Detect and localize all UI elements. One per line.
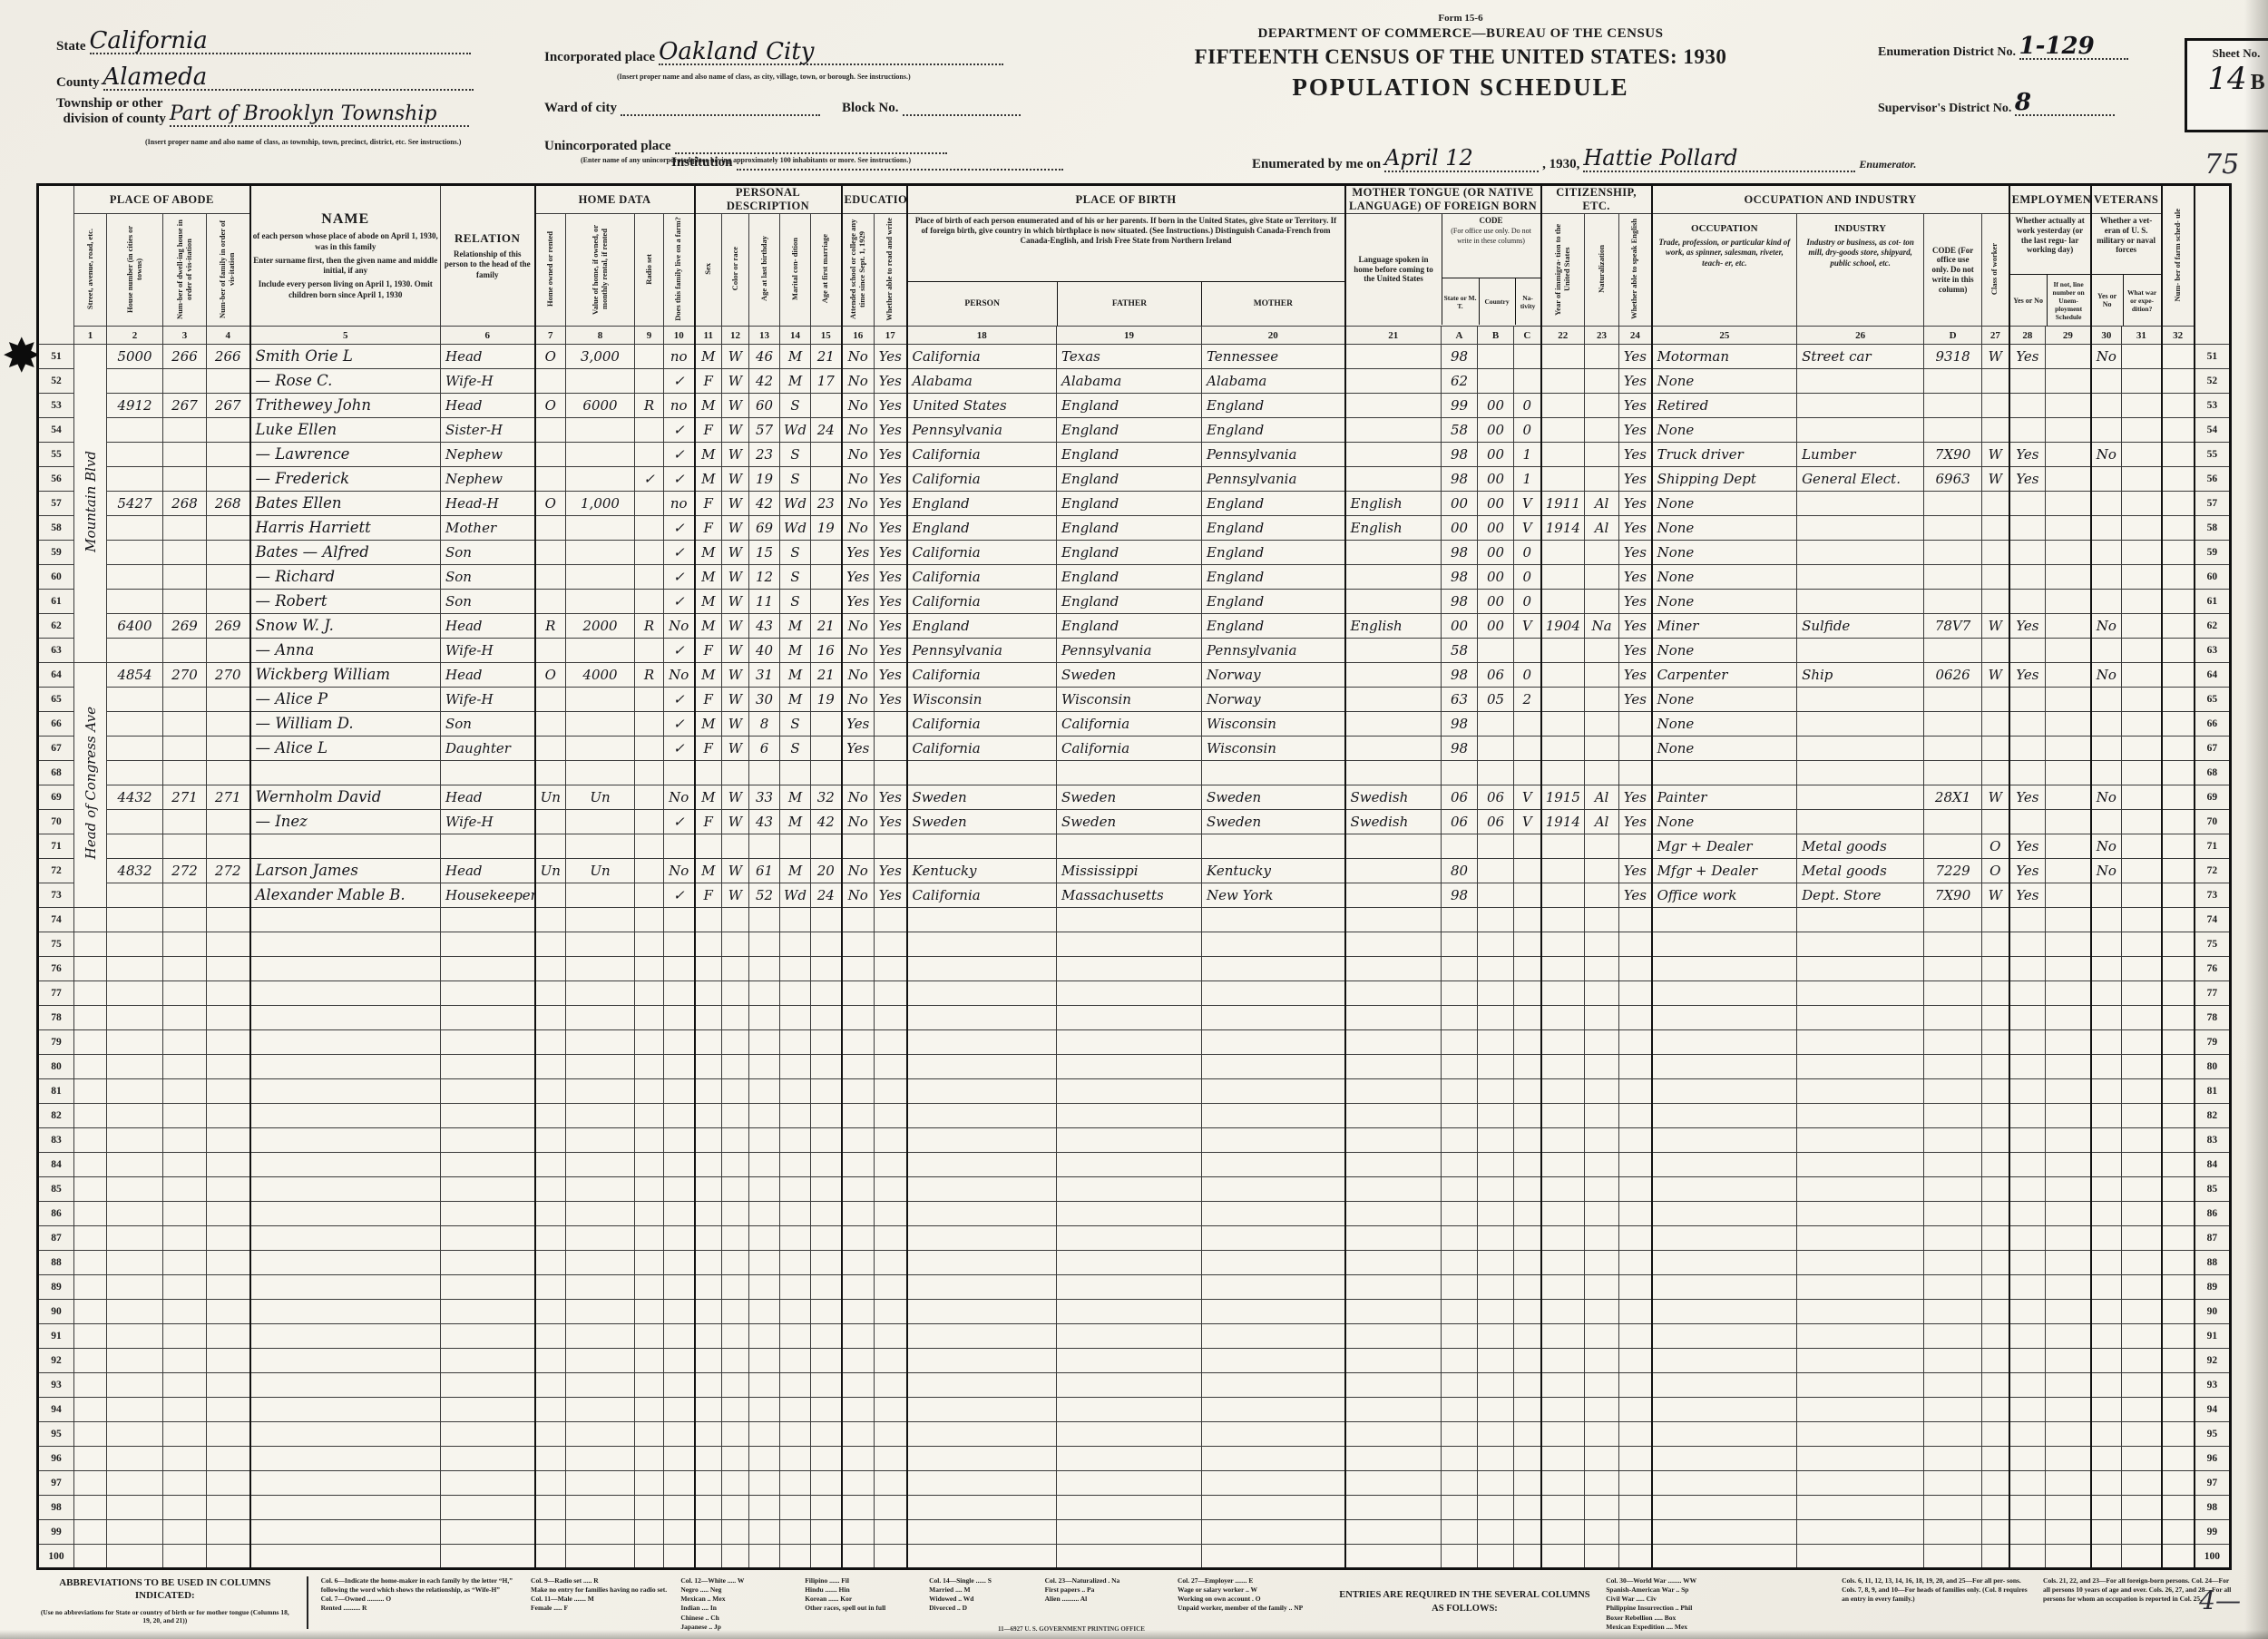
column-age-header: Age at last birthday	[749, 214, 780, 327]
cell-own	[535, 1251, 566, 1275]
cell-ca	[1442, 1275, 1478, 1300]
incorporated-value: Oakland City	[659, 38, 814, 65]
cell-relation: Wife-H	[441, 369, 535, 394]
cell-nat	[1585, 908, 1619, 932]
cell-school: Yes	[842, 565, 875, 590]
cell-relation	[441, 1030, 535, 1055]
line-number-right: 56	[2195, 467, 2231, 492]
cell-family: 270	[207, 663, 250, 688]
cell-house	[107, 1251, 163, 1275]
cell-family	[207, 1300, 250, 1324]
cell-pobm: England	[1202, 516, 1345, 541]
cell-read	[875, 761, 907, 785]
cell-radio	[635, 1226, 664, 1251]
cell-marital: M	[780, 810, 811, 834]
cell-sex	[695, 1251, 722, 1275]
cell-immig	[1541, 1373, 1585, 1398]
cell-family	[207, 565, 250, 590]
cell-name: Larson James	[250, 859, 441, 883]
cell-age	[749, 1447, 780, 1471]
cell-ca	[1442, 1300, 1478, 1324]
cell-vet	[2091, 418, 2122, 443]
cell-read	[875, 1104, 907, 1128]
enumeration-date-value: April 12	[1384, 145, 1473, 171]
cell-read	[875, 1275, 907, 1300]
cell-cb	[1478, 1422, 1514, 1447]
cell-occ: None	[1652, 369, 1797, 394]
cell-pob: Wisconsin	[907, 688, 1057, 712]
corner-scrawl: 4—	[2199, 1585, 2241, 1615]
cell-pob	[907, 1030, 1057, 1055]
cell-family	[207, 541, 250, 565]
cell-unemp	[2046, 565, 2091, 590]
cell-name: — Anna	[250, 639, 441, 663]
cell-farm: ✓	[664, 516, 695, 541]
cell-dwelling: 268	[163, 492, 207, 516]
table-row: 8787	[38, 1226, 2231, 1251]
cell-value	[566, 1300, 635, 1324]
cell-farmno	[2162, 1079, 2195, 1104]
cell-relation	[441, 1545, 535, 1569]
cell-marital: M	[780, 369, 811, 394]
cell-ca	[1442, 1398, 1478, 1422]
cell-family: 267	[207, 394, 250, 418]
cell-age	[749, 932, 780, 957]
cell-farmno	[2162, 492, 2195, 516]
cell-cb	[1478, 1398, 1514, 1422]
cell-dwelling	[163, 932, 207, 957]
cell-school	[842, 1202, 875, 1226]
column-number: 30	[2091, 327, 2122, 345]
cell-radio	[635, 639, 664, 663]
cell-sex: M	[695, 345, 722, 369]
table-row: 9494	[38, 1398, 2231, 1422]
line-number-right: 69	[2195, 785, 2231, 810]
cell-agem	[811, 1104, 842, 1128]
cell-pobf: England	[1057, 394, 1202, 418]
cell-immig	[1541, 1128, 1585, 1153]
cell-value	[566, 1447, 635, 1471]
line-number-left: 57	[38, 492, 74, 516]
cell-dwelling	[163, 834, 207, 859]
cell-pobm: Alabama	[1202, 369, 1345, 394]
line-number-right: 75	[2195, 932, 2231, 957]
street-name-cell	[74, 1520, 107, 1545]
cell-unemp	[2046, 1447, 2091, 1471]
cell-lang	[1345, 443, 1442, 467]
cell-cb	[1478, 1349, 1514, 1373]
cell-occ	[1652, 1398, 1797, 1422]
cell-occ	[1652, 1422, 1797, 1447]
cell-name	[250, 1153, 441, 1177]
cell-relation: Head-H	[441, 492, 535, 516]
cell-own	[535, 908, 566, 932]
cell-farm	[664, 1153, 695, 1177]
cell-cb	[1478, 908, 1514, 932]
cell-own	[535, 1177, 566, 1202]
county-label: County	[56, 75, 100, 90]
cell-ca: 98	[1442, 737, 1478, 761]
cell-immig	[1541, 932, 1585, 957]
line-number-right: 74	[2195, 908, 2231, 932]
cell-agem: 32	[811, 785, 842, 810]
cell-lang	[1345, 688, 1442, 712]
cell-immig	[1541, 1079, 1585, 1104]
cell-class	[1982, 492, 2009, 516]
cell-nat	[1585, 467, 1619, 492]
line-number-right: 65	[2195, 688, 2231, 712]
cell-code	[1924, 565, 1982, 590]
group-personal-description: PERSONAL DESCRIPTION	[695, 185, 842, 214]
cell-work	[2009, 1545, 2046, 1569]
cell-farmno	[2162, 394, 2195, 418]
cell-class	[1982, 1030, 2009, 1055]
cell-occ: Carpenter	[1652, 663, 1797, 688]
cell-eng: Yes	[1619, 443, 1652, 467]
column-language-header: Language spoken in home before coming to…	[1346, 214, 1442, 325]
cell-cb	[1478, 883, 1514, 908]
table-row: 8383	[38, 1128, 2231, 1153]
cell-occ: None	[1652, 639, 1797, 663]
column-house-number-header: House number (in cities or towns)	[107, 214, 163, 327]
cell-unemp	[2046, 957, 2091, 981]
cell-farmno	[2162, 1447, 2195, 1471]
cell-cc: V	[1514, 492, 1541, 516]
group-citizenship: CITIZENSHIP, ETC.	[1541, 185, 1652, 214]
cell-farm: ✓	[664, 883, 695, 908]
cell-war	[2122, 1079, 2162, 1104]
cell-war	[2122, 1496, 2162, 1520]
column-number: 17	[875, 327, 907, 345]
cell-unemp	[2046, 1545, 2091, 1569]
column-unemployment-line-header: If not, line number on Unem- ployment Sc…	[2047, 275, 2090, 326]
cell-sex	[695, 1128, 722, 1153]
cell-cb: 00	[1478, 590, 1514, 614]
cell-agem: 24	[811, 418, 842, 443]
cell-age	[749, 1104, 780, 1128]
cell-school: No	[842, 639, 875, 663]
street-name-cell	[74, 1153, 107, 1177]
cell-eng: Yes	[1619, 541, 1652, 565]
cell-relation: Daughter	[441, 737, 535, 761]
cell-code	[1924, 590, 1982, 614]
cell-pobm: Pennsylvania	[1202, 467, 1345, 492]
cell-age: 12	[749, 565, 780, 590]
cell-farmno	[2162, 1006, 2195, 1030]
cell-sex: F	[695, 369, 722, 394]
cell-lang	[1345, 761, 1442, 785]
cell-read	[875, 1398, 907, 1422]
cell-eng: Yes	[1619, 810, 1652, 834]
cell-vet	[2091, 1520, 2122, 1545]
cell-unemp	[2046, 1422, 2091, 1447]
line-number-left: 53	[38, 394, 74, 418]
cell-farm: ✓	[664, 418, 695, 443]
cell-work	[2009, 1496, 2046, 1520]
cell-code	[1924, 394, 1982, 418]
cell-own	[535, 1545, 566, 1569]
cell-school: Yes	[842, 590, 875, 614]
cell-own	[535, 1349, 566, 1373]
cell-sex: F	[695, 737, 722, 761]
cell-name	[250, 1520, 441, 1545]
cell-immig	[1541, 1202, 1585, 1226]
cell-relation	[441, 1447, 535, 1471]
cell-vet	[2091, 1202, 2122, 1226]
cell-eng: Yes	[1619, 639, 1652, 663]
cell-ca	[1442, 1153, 1478, 1177]
cell-relation	[441, 1055, 535, 1079]
cell-ind	[1797, 1177, 1924, 1202]
cell-immig	[1541, 737, 1585, 761]
cell-value: 3,000	[566, 345, 635, 369]
cell-eng	[1619, 1520, 1652, 1545]
cell-lang	[1345, 1251, 1442, 1275]
cell-school	[842, 1447, 875, 1471]
cell-code: 6963	[1924, 467, 1982, 492]
cell-dwelling	[163, 1275, 207, 1300]
cell-own	[535, 467, 566, 492]
table-row: 8080	[38, 1055, 2231, 1079]
form-titles: Form 15-6 DEPARTMENT OF COMMERCE—BUREAU …	[1098, 13, 1823, 102]
cell-eng	[1619, 834, 1652, 859]
cell-agem: 19	[811, 688, 842, 712]
cell-farm	[664, 1275, 695, 1300]
cell-lang: English	[1345, 614, 1442, 639]
cell-pobf	[1057, 1202, 1202, 1226]
cell-age	[749, 1422, 780, 1447]
cell-sex: F	[695, 418, 722, 443]
cell-farmno	[2162, 369, 2195, 394]
cell-radio	[635, 1422, 664, 1447]
cell-radio	[635, 369, 664, 394]
cell-own	[535, 1471, 566, 1496]
cell-nat	[1585, 761, 1619, 785]
cell-value	[566, 516, 635, 541]
cell-radio	[635, 737, 664, 761]
cell-marital	[780, 1226, 811, 1251]
cell-cb	[1478, 1447, 1514, 1471]
cell-nat	[1585, 394, 1619, 418]
table-row: 6868	[38, 761, 2231, 785]
cell-name	[250, 1275, 441, 1300]
column-war-header: What war or expe- dition?	[2123, 275, 2161, 326]
cell-class	[1982, 1422, 2009, 1447]
cell-age: 8	[749, 712, 780, 737]
cell-cb: 00	[1478, 467, 1514, 492]
cell-lang	[1345, 1177, 1442, 1202]
cell-name	[250, 1324, 441, 1349]
cell-cb	[1478, 1300, 1514, 1324]
cell-read: Yes	[875, 614, 907, 639]
line-number-right: 76	[2195, 957, 2231, 981]
cell-dwelling	[163, 1251, 207, 1275]
cell-farmno	[2162, 810, 2195, 834]
cell-unemp	[2046, 932, 2091, 957]
street-name-cell	[74, 1006, 107, 1030]
cell-family	[207, 1128, 250, 1153]
cell-school: Yes	[842, 712, 875, 737]
form-footer: ABBREVIATIONS TO BE USED IN COLUMNS INDI…	[36, 1576, 2232, 1629]
cell-nat	[1585, 418, 1619, 443]
cell-radio: R	[635, 394, 664, 418]
cell-farmno	[2162, 1349, 2195, 1373]
cell-value	[566, 369, 635, 394]
cell-own	[535, 1447, 566, 1471]
cell-read: Yes	[875, 590, 907, 614]
line-number-left: 99	[38, 1520, 74, 1545]
cell-sex: F	[695, 688, 722, 712]
cell-eng: Yes	[1619, 785, 1652, 810]
cell-value	[566, 1153, 635, 1177]
cell-house	[107, 810, 163, 834]
cell-lang	[1345, 1226, 1442, 1251]
cell-unemp	[2046, 369, 2091, 394]
cell-pobm	[1202, 1373, 1345, 1398]
cell-radio	[635, 1251, 664, 1275]
cell-school	[842, 1300, 875, 1324]
cell-pobm	[1202, 1153, 1345, 1177]
cell-code	[1924, 761, 1982, 785]
cell-race	[722, 1226, 749, 1251]
cell-own	[535, 1030, 566, 1055]
column-english-header: Whether able to speak English	[1619, 214, 1652, 327]
cell-eng	[1619, 1373, 1652, 1398]
line-number-left: 86	[38, 1202, 74, 1226]
table-body: 51Mountain Blvd5000266266Smith Orie LHea…	[38, 345, 2231, 1569]
cell-race	[722, 1349, 749, 1373]
cell-lang	[1345, 418, 1442, 443]
street-name-cell	[74, 1447, 107, 1471]
cell-cb	[1478, 1104, 1514, 1128]
cell-cb: 06	[1478, 663, 1514, 688]
cell-value: 6000	[566, 394, 635, 418]
footnote-col9: Col. 9—Radio set ..... R Make no entry f…	[531, 1576, 668, 1629]
cell-school	[842, 1251, 875, 1275]
cell-family: 268	[207, 492, 250, 516]
line-number-right: 73	[2195, 883, 2231, 908]
cell-dwelling	[163, 467, 207, 492]
cell-pobf: England	[1057, 418, 1202, 443]
cell-ca	[1442, 1055, 1478, 1079]
cell-war	[2122, 1275, 2162, 1300]
cell-marital: S	[780, 467, 811, 492]
line-number-left: 59	[38, 541, 74, 565]
cell-house	[107, 1030, 163, 1055]
cell-unemp	[2046, 810, 2091, 834]
group-occupation-industry: OCCUPATION AND INDUSTRY	[1652, 185, 2009, 214]
cell-code	[1924, 712, 1982, 737]
cell-relation	[441, 1471, 535, 1496]
cell-agem	[811, 1398, 842, 1422]
cell-immig: 1914	[1541, 516, 1585, 541]
cell-value	[566, 908, 635, 932]
column-mother-header: MOTHER	[1201, 282, 1344, 326]
street-name-cell	[74, 1275, 107, 1300]
cell-class: W	[1982, 663, 2009, 688]
cell-nat: Al	[1585, 516, 1619, 541]
cell-pob	[907, 1349, 1057, 1373]
column-number: D	[1924, 327, 1982, 345]
cell-school: No	[842, 883, 875, 908]
column-naturalization-header: Naturalization	[1585, 214, 1619, 327]
cell-ca: 98	[1442, 467, 1478, 492]
cell-war	[2122, 1104, 2162, 1128]
cell-pobf	[1057, 761, 1202, 785]
cell-family	[207, 834, 250, 859]
group-place-of-birth: PLACE OF BIRTH	[907, 185, 1345, 214]
cell-dwelling	[163, 883, 207, 908]
cell-work	[2009, 516, 2046, 541]
cell-ind	[1797, 1030, 1924, 1055]
cell-sex: M	[695, 614, 722, 639]
institution-label: Institution	[671, 155, 733, 170]
cell-eng: Yes	[1619, 394, 1652, 418]
line-number-left: 76	[38, 957, 74, 981]
cell-dwelling: 266	[163, 345, 207, 369]
cell-unemp	[2046, 639, 2091, 663]
cell-radio	[635, 1202, 664, 1226]
cell-code: 7229	[1924, 859, 1982, 883]
cell-farmno	[2162, 1153, 2195, 1177]
cell-occ: None	[1652, 737, 1797, 761]
cell-work	[2009, 492, 2046, 516]
cell-school: Yes	[842, 737, 875, 761]
cell-work	[2009, 639, 2046, 663]
cell-own	[535, 810, 566, 834]
cell-race	[722, 1324, 749, 1349]
cell-farmno	[2162, 712, 2195, 737]
mother-tongue-subheader: Language spoken in home before coming to…	[1345, 214, 1541, 327]
cell-immig	[1541, 1055, 1585, 1079]
cell-pobm	[1202, 1398, 1345, 1422]
cell-war	[2122, 1055, 2162, 1079]
cell-marital	[780, 1055, 811, 1079]
cell-school: Yes	[842, 541, 875, 565]
group-home-data: HOME DATA	[535, 185, 695, 214]
cell-pobm	[1202, 1447, 1345, 1471]
cell-war	[2122, 1202, 2162, 1226]
cell-pobm: Pennsylvania	[1202, 639, 1345, 663]
line-number-left: 52	[38, 369, 74, 394]
supervisors-district: Supervisor's District No. 8	[1878, 91, 2177, 116]
column-number: 29	[2046, 327, 2091, 345]
cell-agem	[811, 1006, 842, 1030]
cell-radio	[635, 443, 664, 467]
cell-marital: M	[780, 639, 811, 663]
cell-agem: 21	[811, 663, 842, 688]
cell-name: — Alice L	[250, 737, 441, 761]
column-number: 12	[722, 327, 749, 345]
cell-own	[535, 1300, 566, 1324]
cell-work	[2009, 1030, 2046, 1055]
cell-dwelling	[163, 1006, 207, 1030]
cell-farm	[664, 1251, 695, 1275]
cell-war	[2122, 1545, 2162, 1569]
table-row: 55— LawrenceNephew✓MW23SNoYesCaliforniaE…	[38, 443, 2231, 467]
cell-immig	[1541, 663, 1585, 688]
cell-dwelling	[163, 590, 207, 614]
cell-radio	[635, 908, 664, 932]
cell-name: Smith Orie L	[250, 345, 441, 369]
table-row: 724832272272Larson JamesHeadUnUnNoMW61M2…	[38, 859, 2231, 883]
cell-pobf: Wisconsin	[1057, 688, 1202, 712]
column-person-header: PERSON	[908, 282, 1057, 326]
street-name-value: Mountain Blvd	[83, 451, 99, 552]
cell-own	[535, 1128, 566, 1153]
table-row: 59Bates — AlfredSon✓MW15SYesYesCaliforni…	[38, 541, 2231, 565]
cell-war	[2122, 1324, 2162, 1349]
